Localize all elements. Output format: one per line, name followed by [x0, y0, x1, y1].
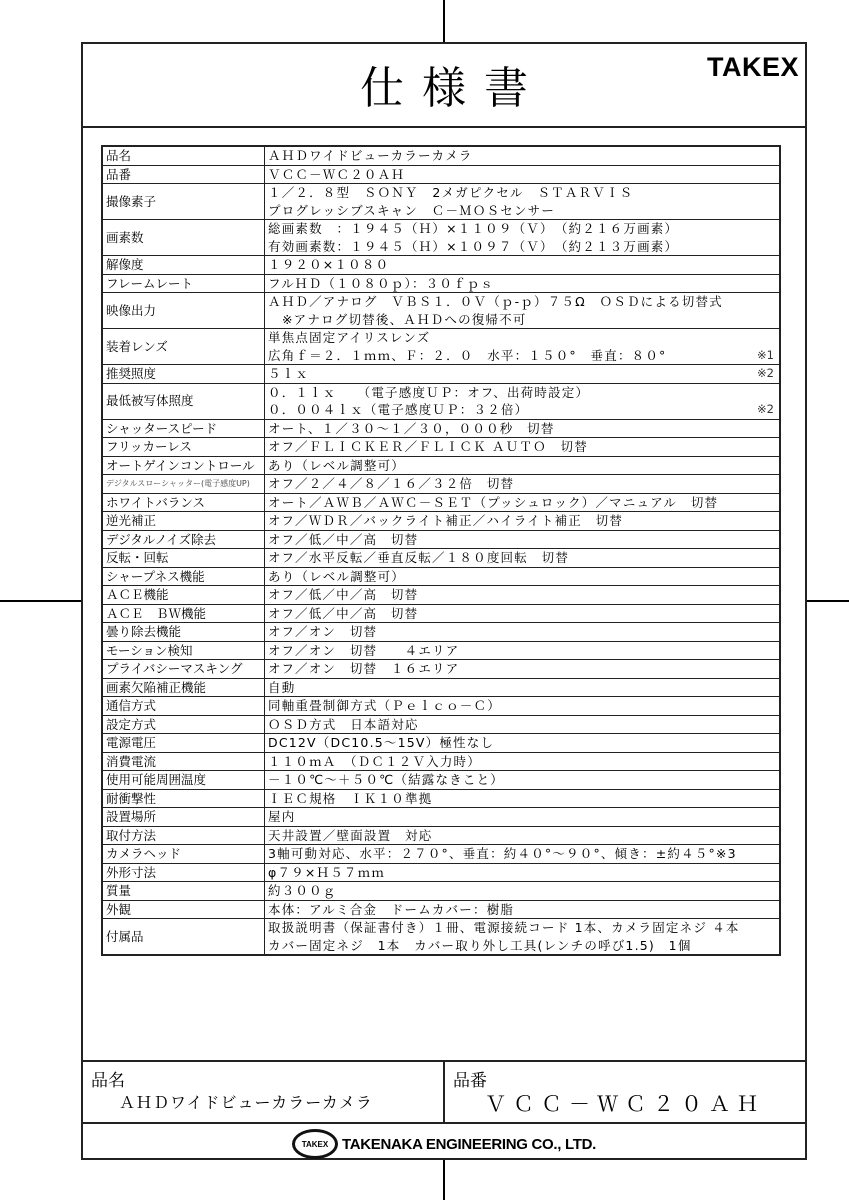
spec-footnote: ※1	[757, 347, 774, 365]
spec-key: 使用可能周囲温度	[102, 771, 265, 790]
spec-value: ５ｌｘ※2	[265, 365, 781, 384]
spec-value-line: １／２．８型 ＳＯＮＹ 2メガピクセル ＳＴＡＲＶＩＳ	[268, 184, 776, 202]
spec-value: 取扱説明書（保証書付き）１冊、電源接続コード 1本、カメラ固定ネジ ４本カバー固…	[265, 919, 781, 956]
spec-value: オート、１／３０～１／３０，０００秒 切替	[265, 419, 781, 438]
spec-row: 使用可能周囲温度－１０℃～＋５０℃（結露なきこと）	[102, 771, 780, 790]
spec-row: 画素欠陥補正機能自動	[102, 678, 780, 697]
spec-key: 耐衝撃性	[102, 789, 265, 808]
spec-value: －１０℃～＋５０℃（結露なきこと）	[265, 771, 781, 790]
spec-row: モーション検知オフ／オン 切替 ４エリア	[102, 641, 780, 660]
footer-product-code-cell: 品番 ＶＣＣ－ＷＣ２０ＡＨ	[445, 1062, 805, 1122]
spec-value-line: ＡＨＤ／アナログ ＶＢＳ１．０Ｖ（ｐ-ｐ）７５Ω ＯＳＤによる切替式	[268, 293, 776, 311]
company-name: TAKENAKA ENGINEERING CO., LTD.	[342, 1136, 596, 1153]
spec-value: 総画素数 ：１９４５（Ｈ）×１１０９（Ｖ） （約２１６万画素）有効画素数：１９４…	[265, 220, 781, 256]
spec-value-line: １１０ｍＡ （ＤＣ１２Ｖ入力時）	[268, 753, 776, 771]
spec-row: オートゲインコントロールあり（レベル調整可）	[102, 456, 780, 475]
spec-key: 反転・回転	[102, 549, 265, 568]
spec-value-line: オフ／オン 切替 ４エリア	[268, 642, 776, 660]
spec-key: 付属品	[102, 919, 265, 956]
spec-value: ＩＥＣ規格 ＩＫ１０準拠	[265, 789, 781, 808]
footer-name-label: 品名	[91, 1066, 125, 1091]
spec-table: 品名ＡＨＤワイドビューカラーカメラ品番ＶＣＣ－ＷＣ２０ＡＨ撮像素子１／２．８型 …	[101, 145, 781, 956]
spec-key: 曇り除去機能	[102, 623, 265, 642]
crop-mark-left	[0, 600, 81, 602]
crop-mark-top	[443, 0, 445, 42]
spec-value: オフ／低／中／高 切替	[265, 586, 781, 605]
spec-row: 逆光補正オフ／ＷＤＲ／バックライト補正／ハイライト補正 切替	[102, 512, 780, 531]
spec-value-line: オフ／ＦＬＩＣＫＥＲ／ＦＬＩＣＫ ＡＵＴＯ 切替	[268, 438, 776, 456]
brand-logo: TAKEX	[707, 52, 799, 83]
spec-key: 撮像素子	[102, 184, 265, 220]
footer: 品名 ＡＨＤワイドビューカラーカメラ 品番 ＶＣＣ－ＷＣ２０ＡＨ TAKEX T…	[83, 1060, 805, 1162]
spec-value: 単焦点固定アイリスレンズ広角ｆ＝２．１ｍｍ、Ｆ：２．０ 水平：１５０° 垂直：８…	[265, 329, 781, 365]
spec-key: 映像出力	[102, 293, 265, 329]
spec-value-line: 屋内	[268, 808, 776, 826]
spec-key: フリッカーレス	[102, 438, 265, 457]
spec-key: 画素数	[102, 220, 265, 256]
takex-logo-icon: TAKEX	[292, 1129, 338, 1159]
spec-key: 質量	[102, 882, 265, 901]
footer-code-value: ＶＣＣ－ＷＣ２０ＡＨ	[445, 1088, 805, 1118]
spec-value: ＡＨＤ／アナログ ＶＢＳ１．０Ｖ（ｐ-ｐ）７５Ω ＯＳＤによる切替式※アナログ切…	[265, 293, 781, 329]
company-band: TAKEX TAKENAKA ENGINEERING CO., LTD.	[83, 1122, 805, 1164]
spec-key: デジタルノイズ除去	[102, 530, 265, 549]
spec-value-line: ＶＣＣ－ＷＣ２０ＡＨ	[268, 166, 776, 184]
spec-key: 消費電流	[102, 752, 265, 771]
spec-row: 電源電圧DC12V（DC10.5～15V）極性なし	[102, 734, 780, 753]
spec-value-line: 総画素数 ：１９４５（Ｈ）×１１０９（Ｖ） （約２１６万画素）	[268, 220, 776, 238]
spec-value-line: ５ｌｘ	[268, 366, 309, 381]
spec-value: 自動	[265, 678, 781, 697]
spec-value-line: オフ／水平反転／垂直反転／１８０度回転 切替	[268, 549, 776, 567]
spec-value-line: 同軸重畳制御方式（Ｐｅｌｃｏ－Ｃ）	[268, 697, 776, 715]
spec-key: 装着レンズ	[102, 329, 265, 365]
crop-mark-bottom	[443, 1160, 445, 1200]
spec-value-line: 取扱説明書（保証書付き）１冊、電源接続コード 1本、カメラ固定ネジ ４本	[268, 919, 776, 937]
spec-row: 付属品取扱説明書（保証書付き）１冊、電源接続コード 1本、カメラ固定ネジ ４本カ…	[102, 919, 780, 956]
spec-value: ＡＨＤワイドビューカラーカメラ	[265, 146, 781, 165]
spec-row: 品番ＶＣＣ－ＷＣ２０ＡＨ	[102, 165, 780, 184]
spec-value-line: 本体：アルミ合金 ドームカバー：樹脂	[268, 901, 776, 919]
spec-row: フレームレートフルＨＤ（１０８０ｐ）：３０ｆｐｓ	[102, 274, 780, 293]
spec-row: 曇り除去機能オフ／オン 切替	[102, 623, 780, 642]
spec-key: 外形寸法	[102, 863, 265, 882]
spec-row: カメラヘッド3軸可動対応、水平：２７０°、垂直：約４０°～９０°、傾き：±約４５…	[102, 845, 780, 864]
spec-value: オフ／オン 切替	[265, 623, 781, 642]
spec-value-line: 約３００ｇ	[268, 882, 776, 900]
spec-key: プライバシーマスキング	[102, 660, 265, 679]
spec-value-line: あり（レベル調整可）	[268, 457, 776, 475]
spec-row: 推奨照度５ｌｘ※2	[102, 365, 780, 384]
spec-value: ０．１ｌｘ （電子感度ＵＰ：オフ、出荷時設定）０．００４ｌｘ（電子感度ＵＰ：３２…	[265, 383, 781, 419]
spec-value: あり（レベル調整可）	[265, 456, 781, 475]
spec-value-line: オート／ＡＷＢ／ＡＷＣ－ＳＥＴ（プッシュロック）／マニュアル 切替	[268, 494, 776, 512]
spec-key: 画素欠陥補正機能	[102, 678, 265, 697]
spec-value: １１０ｍＡ （ＤＣ１２Ｖ入力時）	[265, 752, 781, 771]
spec-key: 逆光補正	[102, 512, 265, 531]
spec-row: シャッタースピードオート、１／３０～１／３０，０００秒 切替	[102, 419, 780, 438]
spec-value: φ７９×Ｈ５７ｍｍ	[265, 863, 781, 882]
spec-value: ＶＣＣ－ＷＣ２０ＡＨ	[265, 165, 781, 184]
spec-key: オートゲインコントロール	[102, 456, 265, 475]
spec-key: 推奨照度	[102, 365, 265, 384]
spec-key: 最低被写体照度	[102, 383, 265, 419]
spec-value: 3軸可動対応、水平：２７０°、垂直：約４０°～９０°、傾き：±約４５°※3	[265, 845, 781, 864]
spec-key: 品番	[102, 165, 265, 184]
page-title: 仕様書	[83, 52, 805, 116]
spec-row: 画素数総画素数 ：１９４５（Ｈ）×１１０９（Ｖ） （約２１６万画素）有効画素数：…	[102, 220, 780, 256]
spec-value-line: プログレッシブスキャン Ｃ－ＭＯＳセンサー	[268, 202, 776, 220]
spec-value: オフ／２／４／８／１６／３２倍 切替	[265, 475, 781, 494]
spec-row: 外観本体：アルミ合金 ドームカバー：樹脂	[102, 900, 780, 919]
spec-value: オフ／ＷＤＲ／バックライト補正／ハイライト補正 切替	[265, 512, 781, 531]
footer-name-value: ＡＨＤワイドビューカラーカメラ	[119, 1090, 373, 1113]
spec-value: １／２．８型 ＳＯＮＹ 2メガピクセル ＳＴＡＲＶＩＳプログレッシブスキャン Ｃ…	[265, 184, 781, 220]
spec-value-line: －１０℃～＋５０℃（結露なきこと）	[268, 771, 776, 789]
spec-key: ＡＣＥ ＢＷ機能	[102, 604, 265, 623]
spec-row: 耐衝撃性ＩＥＣ規格 ＩＫ１０準拠	[102, 789, 780, 808]
spec-value-line: オート、１／３０～１／３０，０００秒 切替	[268, 420, 776, 438]
spec-value: 約３００ｇ	[265, 882, 781, 901]
spec-row: 質量約３００ｇ	[102, 882, 780, 901]
spec-value-line: オフ／ＷＤＲ／バックライト補正／ハイライト補正 切替	[268, 512, 776, 530]
spec-value: １９２０×１０８０	[265, 256, 781, 275]
spec-value-line: オフ／２／４／８／１６／３２倍 切替	[268, 475, 776, 493]
spec-key: 電源電圧	[102, 734, 265, 753]
spec-row: 外形寸法φ７９×Ｈ５７ｍｍ	[102, 863, 780, 882]
spec-value: オフ／水平反転／垂直反転／１８０度回転 切替	[265, 549, 781, 568]
spec-row: デジタルノイズ除去オフ／低／中／高 切替	[102, 530, 780, 549]
spec-key: シャープネス機能	[102, 567, 265, 586]
spec-row: デジタルスローシャッター(電子感度UP)オフ／２／４／８／１６／３２倍 切替	[102, 475, 780, 494]
spec-row: ＡＣＥ ＢＷ機能オフ／低／中／高 切替	[102, 604, 780, 623]
spec-value-line: オフ／低／中／高 切替	[268, 531, 776, 549]
spec-key: カメラヘッド	[102, 845, 265, 864]
spec-key: 取付方法	[102, 826, 265, 845]
spec-row: 最低被写体照度０．１ｌｘ （電子感度ＵＰ：オフ、出荷時設定）０．００４ｌｘ（電子…	[102, 383, 780, 419]
spec-value-line: オフ／オン 切替 １６エリア	[268, 660, 776, 678]
spec-row: シャープネス機能あり（レベル調整可）	[102, 567, 780, 586]
spec-row: 撮像素子１／２．８型 ＳＯＮＹ 2メガピクセル ＳＴＡＲＶＩＳプログレッシブスキ…	[102, 184, 780, 220]
spec-row: 設置場所屋内	[102, 808, 780, 827]
spec-row: 反転・回転オフ／水平反転／垂直反転／１８０度回転 切替	[102, 549, 780, 568]
spec-value: 本体：アルミ合金 ドームカバー：樹脂	[265, 900, 781, 919]
spec-value: フルＨＤ（１０８０ｐ）：３０ｆｐｓ	[265, 274, 781, 293]
spec-value: オフ／低／中／高 切替	[265, 604, 781, 623]
spec-value-line: ＯＳＤ方式 日本語対応	[268, 716, 776, 734]
spec-row: 設定方式ＯＳＤ方式 日本語対応	[102, 715, 780, 734]
spec-row: 消費電流１１０ｍＡ （ＤＣ１２Ｖ入力時）	[102, 752, 780, 771]
spec-value-line: ０．００４ｌｘ（電子感度ＵＰ：３２倍）	[268, 402, 528, 417]
spec-value-line: 有効画素数：１９４５（Ｈ）×１０９７（Ｖ） （約２１３万画素）	[268, 238, 776, 256]
spec-value-line: カバー固定ネジ 1本 カバー取り外し工具(レンチの呼び1.5) 1個	[268, 937, 776, 955]
spec-value: 屋内	[265, 808, 781, 827]
spec-row: プライバシーマスキングオフ／オン 切替 １６エリア	[102, 660, 780, 679]
spec-value-line: ※アナログ切替後、ＡＨＤへの復帰不可	[268, 311, 776, 329]
spec-value-line: DC12V（DC10.5～15V）極性なし	[268, 734, 776, 752]
spec-value-line: １９２０×１０８０	[268, 256, 776, 274]
spec-value: DC12V（DC10.5～15V）極性なし	[265, 734, 781, 753]
spec-value: ＯＳＤ方式 日本語対応	[265, 715, 781, 734]
spec-key: フレームレート	[102, 274, 265, 293]
spec-key: デジタルスローシャッター(電子感度UP)	[102, 475, 265, 494]
spec-key: モーション検知	[102, 641, 265, 660]
spec-value-line: あり（レベル調整可）	[268, 568, 776, 586]
spec-key: ホワイトバランス	[102, 493, 265, 512]
title-band: 仕様書 TAKEX	[83, 44, 805, 128]
spec-value-line: φ７９×Ｈ５７ｍｍ	[268, 864, 776, 882]
spec-row: 品名ＡＨＤワイドビューカラーカメラ	[102, 146, 780, 165]
spec-value-line: ＡＨＤワイドビューカラーカメラ	[268, 147, 776, 165]
spec-value-line: オフ／オン 切替	[268, 623, 776, 641]
spec-value: オフ／ＦＬＩＣＫＥＲ／ＦＬＩＣＫ ＡＵＴＯ 切替	[265, 438, 781, 457]
spec-row: 装着レンズ単焦点固定アイリスレンズ広角ｆ＝２．１ｍｍ、Ｆ：２．０ 水平：１５０°…	[102, 329, 780, 365]
spec-value-line: 自動	[268, 679, 776, 697]
spec-value-line: ＩＥＣ規格 ＩＫ１０準拠	[268, 790, 776, 808]
spec-key: 解像度	[102, 256, 265, 275]
spec-row: フリッカーレスオフ／ＦＬＩＣＫＥＲ／ＦＬＩＣＫ ＡＵＴＯ 切替	[102, 438, 780, 457]
spec-footnote: ※2	[757, 365, 774, 383]
spec-row: ＡＣＥ機能オフ／低／中／高 切替	[102, 586, 780, 605]
footer-product-name-cell: 品名 ＡＨＤワイドビューカラーカメラ	[83, 1062, 445, 1122]
spec-key: 設置場所	[102, 808, 265, 827]
spec-row: ホワイトバランスオート／ＡＷＢ／ＡＷＣ－ＳＥＴ（プッシュロック）／マニュアル 切…	[102, 493, 780, 512]
spec-value: 天井設置／壁面設置 対応	[265, 826, 781, 845]
spec-value-line: ０．１ｌｘ （電子感度ＵＰ：オフ、出荷時設定）	[268, 384, 776, 402]
spec-value-line: 単焦点固定アイリスレンズ	[268, 329, 776, 347]
spec-key: 設定方式	[102, 715, 265, 734]
spec-value: 同軸重畳制御方式（Ｐｅｌｃｏ－Ｃ）	[265, 697, 781, 716]
spec-value: オフ／低／中／高 切替	[265, 530, 781, 549]
spec-row: 映像出力ＡＨＤ／アナログ ＶＢＳ１．０Ｖ（ｐ-ｐ）７５Ω ＯＳＤによる切替式※ア…	[102, 293, 780, 329]
crop-mark-right	[807, 600, 849, 602]
spec-value: オフ／オン 切替 ４エリア	[265, 641, 781, 660]
spec-key: 外観	[102, 900, 265, 919]
spec-key: 通信方式	[102, 697, 265, 716]
spec-value: オフ／オン 切替 １６エリア	[265, 660, 781, 679]
spec-value-line: 3軸可動対応、水平：２７０°、垂直：約４０°～９０°、傾き：±約４５°※3	[268, 845, 776, 863]
spec-row: 通信方式同軸重畳制御方式（Ｐｅｌｃｏ－Ｃ）	[102, 697, 780, 716]
spec-key: シャッタースピード	[102, 419, 265, 438]
spec-key: 品名	[102, 146, 265, 165]
spec-row: 解像度１９２０×１０８０	[102, 256, 780, 275]
spec-footnote: ※2	[757, 401, 774, 419]
spec-key: ＡＣＥ機能	[102, 586, 265, 605]
document-frame: 仕様書 TAKEX 品名ＡＨＤワイドビューカラーカメラ品番ＶＣＣ－ＷＣ２０ＡＨ撮…	[81, 42, 807, 1160]
spec-row: 取付方法天井設置／壁面設置 対応	[102, 826, 780, 845]
spec-value-line: 広角ｆ＝２．１ｍｍ、Ｆ：２．０ 水平：１５０° 垂直：８０°	[268, 348, 667, 363]
spec-value-line: オフ／低／中／高 切替	[268, 605, 776, 623]
spec-value-line: オフ／低／中／高 切替	[268, 586, 776, 604]
spec-value: あり（レベル調整可）	[265, 567, 781, 586]
spec-value-line: 天井設置／壁面設置 対応	[268, 827, 776, 845]
spec-value-line: フルＨＤ（１０８０ｐ）：３０ｆｐｓ	[268, 275, 776, 293]
spec-value: オート／ＡＷＢ／ＡＷＣ－ＳＥＴ（プッシュロック）／マニュアル 切替	[265, 493, 781, 512]
